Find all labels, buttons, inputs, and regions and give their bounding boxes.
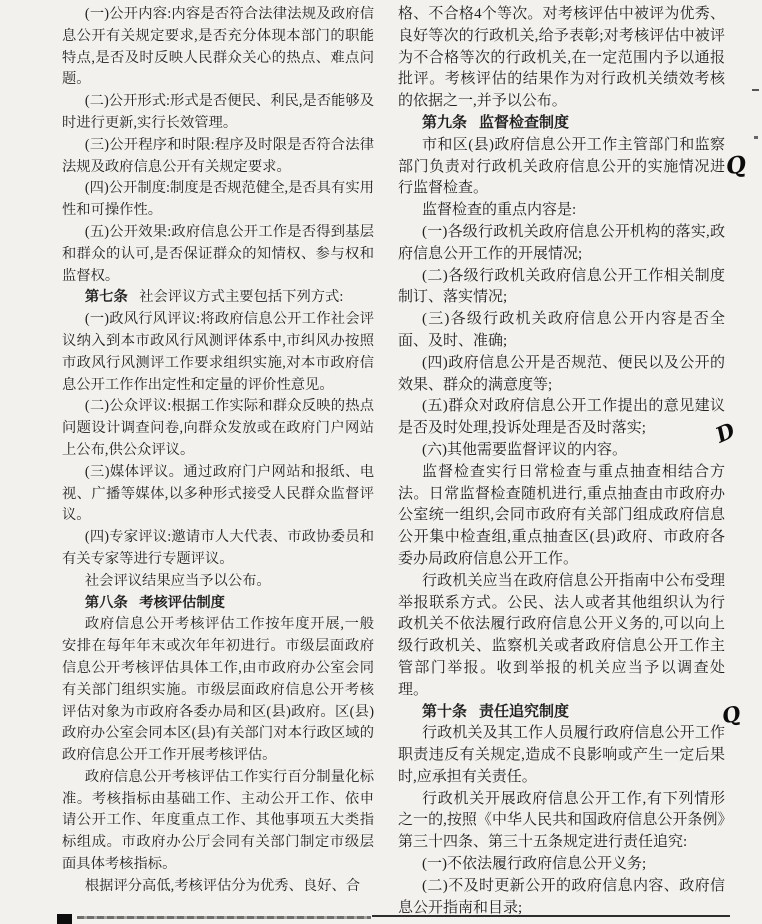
paragraph: 政府信息公开考核评估工作实行百分制量化标准。考核指标由基础工作、主动公开工作、依… — [62, 767, 374, 876]
left-text-column: (一)公开内容:内容是否符合法律法规及政府信息公开有关规定要求,是否充分体现本部… — [62, 4, 374, 898]
footer-rule-right — [372, 915, 730, 917]
paragraph-text: 根据评分高低,考核评估分为优秀、良好、合 — [85, 878, 360, 894]
paragraph-text: 监督检查实行日常检查与重点抽查相结合方法。日常监督检查随机进行,重点抽查由市政府… — [398, 464, 725, 567]
paragraph-text: 市和区(县)政府信息公开工作主管部门和监察部门负责对行政机关政府信息公开的实施情… — [398, 137, 725, 197]
article-number: 第八条 — [85, 595, 128, 611]
paragraph: (三)各级行政机关政府信息公开内容是否全面、及时、准确; — [398, 309, 725, 353]
paragraph-text: (五)公开效果:政府信息公开工作是否得到基层和群众的认可,是否保证群众的知情权、… — [62, 224, 374, 284]
paragraph: (三)媒体评议。通过政府门户网站和报纸、电视、广播等媒体,以多种形式接受人民群众… — [62, 462, 374, 527]
paragraph: (五)群众对政府信息公开工作提出的意见建议是否及时处理,投诉处理是否及时落实; — [398, 396, 725, 440]
article-title: 监督检查制度 — [479, 115, 569, 131]
paragraph-text: 行政机关开展政府信息公开工作,有下列情形之一的,按照《中华人民共和国政府信息公开… — [398, 791, 725, 851]
pen-mark-icon: Q — [720, 700, 743, 728]
paragraph-text: (一)各级行政机关政府信息公开机构的落实,政府信息公开工作的开展情况; — [398, 224, 725, 262]
paragraph-text: (二)不及时更新公开的政府信息内容、政府信息公开指南和目录; — [398, 878, 725, 916]
paragraph: 市和区(县)政府信息公开工作主管部门和监察部门负责对行政机关政府信息公开的实施情… — [398, 135, 725, 200]
scan-noise — [754, 136, 758, 139]
article-title: 考核评估制度 — [139, 595, 225, 611]
paragraph: (一)公开内容:内容是否符合法律法规及政府信息公开有关规定要求,是否充分体现本部… — [62, 4, 374, 91]
paragraph-text: 行政机关应当在政府信息公开指南中公布受理举报联系方式。公民、法人或者其他组织认为… — [398, 573, 725, 698]
paragraph-text: 社会评议结果应当予以公布。 — [85, 573, 271, 589]
paragraph: 格、不合格4个等次。对考核评估中被评为优秀、良好等次的行政机关,给予表彰;对考核… — [398, 4, 725, 113]
footer-rule-block — [57, 914, 72, 924]
paragraph-text: 监督检查的重点内容是: — [422, 202, 576, 218]
paragraph-text: (四)专家评议:邀请市人大代表、市政协委员和有关专家等进行专题评议。 — [62, 529, 374, 567]
pen-mark-icon: Q — [724, 151, 748, 181]
article-heading: 第九条监督检查制度 — [398, 113, 725, 135]
paragraph-text: (三)公开程序和时限:程序及时限是否符合法律法规及政府信息公开有关规定要求。 — [62, 137, 374, 175]
paragraph: (二)不及时更新公开的政府信息内容、政府信息公开指南和目录; — [398, 876, 725, 920]
paragraph: 监督检查实行日常检查与重点抽查相结合方法。日常监督检查随机进行,重点抽查由市政府… — [398, 462, 725, 571]
footer-rule-left — [77, 916, 371, 919]
paragraph: (四)公开制度:制度是否规范健全,是否具有实用性和可操作性。 — [62, 178, 374, 222]
paragraph: 政府信息公开考核评估工作按年度开展,一般安排在每年年末或次年年初进行。市级层面政… — [62, 614, 374, 767]
paragraph: (四)政府信息公开是否规范、便民以及公开的效果、群众的满意度等; — [398, 353, 725, 397]
paragraph: (五)公开效果:政府信息公开工作是否得到基层和群众的认可,是否保证群众的知情权、… — [62, 222, 374, 287]
paragraph: 行政机关及其工作人员履行政府信息公开工作职责违反有关规定,造成不良影响或产生一定… — [398, 723, 725, 788]
paragraph-text: 政府信息公开考核评估工作实行百分制量化标准。考核指标由基础工作、主动公开工作、依… — [62, 769, 374, 872]
paragraph: (六)其他需要监督评议的内容。 — [398, 440, 725, 462]
paragraph-text: (四)公开制度:制度是否规范健全,是否具有实用性和可操作性。 — [62, 180, 374, 218]
paragraph-text: (一)不依法履行政府信息公开义务; — [422, 856, 646, 872]
paragraph: (一)各级行政机关政府信息公开机构的落实,政府信息公开工作的开展情况; — [398, 222, 725, 266]
article-number: 第十条 — [422, 704, 467, 720]
paragraph: (二)公开形式:形式是否便民、利民,是否能够及时进行更新,实行长效管理。 — [62, 91, 374, 135]
paragraph: (一)政风行风评议:将政府信息公开工作社会评议纳入到本市政风行风测评体系中,市纠… — [62, 309, 374, 396]
paragraph-text: (二)各级行政机关政府信息公开工作相关制度制订、落实情况; — [398, 268, 725, 306]
article-heading: 第八条考核评估制度 — [62, 593, 374, 615]
scan-noise — [752, 89, 759, 91]
scanned-document-page: (一)公开内容:内容是否符合法律法规及政府信息公开有关规定要求,是否充分体现本部… — [0, 0, 762, 924]
article-heading: 第七条社会评议方式主要包括下列方式: — [62, 287, 374, 309]
paragraph-text: (三)媒体评议。通过政府门户网站和报纸、电视、广播等媒体,以多种形式接受人民群众… — [62, 464, 374, 524]
article-heading: 第十条责任追究制度 — [398, 702, 725, 724]
paragraph: 社会评议结果应当予以公布。 — [62, 571, 374, 593]
paragraph: (三)公开程序和时限:程序及时限是否符合法律法规及政府信息公开有关规定要求。 — [62, 135, 374, 179]
paragraph: (二)公众评议:根据工作实际和群众反映的热点问题设计调查问卷,向群众发放或在政府… — [62, 396, 374, 461]
paragraph-text: (六)其他需要监督评议的内容。 — [422, 442, 627, 458]
paragraph-text: (一)政风行风评议:将政府信息公开工作社会评议纳入到本市政风行风测评体系中,市纠… — [62, 311, 374, 392]
article-number: 第九条 — [422, 115, 467, 131]
paragraph: 监督检查的重点内容是: — [398, 200, 725, 222]
paragraph: (一)不依法履行政府信息公开义务; — [398, 854, 725, 876]
paragraph: 根据评分高低,考核评估分为优秀、良好、合 — [62, 876, 374, 898]
paragraph-text: 政府信息公开考核评估工作按年度开展,一般安排在每年年末或次年年初进行。市级层面政… — [62, 616, 374, 763]
article-title: 社会评议方式主要包括下列方式: — [139, 289, 343, 305]
paragraph: (四)专家评议:邀请市人大代表、市政协委员和有关专家等进行专题评议。 — [62, 527, 374, 571]
paragraph-text: (三)各级行政机关政府信息公开内容是否全面、及时、准确; — [398, 311, 725, 349]
paragraph: 行政机关开展政府信息公开工作,有下列情形之一的,按照《中华人民共和国政府信息公开… — [398, 789, 725, 854]
paragraph-text: (二)公众评议:根据工作实际和群众反映的热点问题设计调查问卷,向群众发放或在政府… — [62, 398, 374, 458]
paragraph-text: (四)政府信息公开是否规范、便民以及公开的效果、群众的满意度等; — [398, 355, 725, 393]
paragraph-text: (一)公开内容:内容是否符合法律法规及政府信息公开有关规定要求,是否充分体现本部… — [62, 6, 374, 87]
paragraph-text: 格、不合格4个等次。对考核评估中被评为优秀、良好等次的行政机关,给予表彰;对考核… — [398, 6, 725, 109]
paragraph-text: 行政机关及其工作人员履行政府信息公开工作职责违反有关规定,造成不良影响或产生一定… — [398, 725, 725, 785]
paragraph: (二)各级行政机关政府信息公开工作相关制度制订、落实情况; — [398, 266, 725, 310]
scanner-edge-shadow — [0, 0, 4, 924]
article-number: 第七条 — [85, 289, 128, 305]
right-text-column: 格、不合格4个等次。对考核评估中被评为优秀、良好等次的行政机关,给予表彰;对考核… — [398, 4, 725, 919]
paragraph-text: (二)公开形式:形式是否便民、利民,是否能够及时进行更新,实行长效管理。 — [62, 93, 374, 131]
article-title: 责任追究制度 — [479, 704, 569, 720]
paragraph: 行政机关应当在政府信息公开指南中公布受理举报联系方式。公民、法人或者其他组织认为… — [398, 571, 725, 702]
paragraph-text: (五)群众对政府信息公开工作提出的意见建议是否及时处理,投诉处理是否及时落实; — [398, 398, 725, 436]
